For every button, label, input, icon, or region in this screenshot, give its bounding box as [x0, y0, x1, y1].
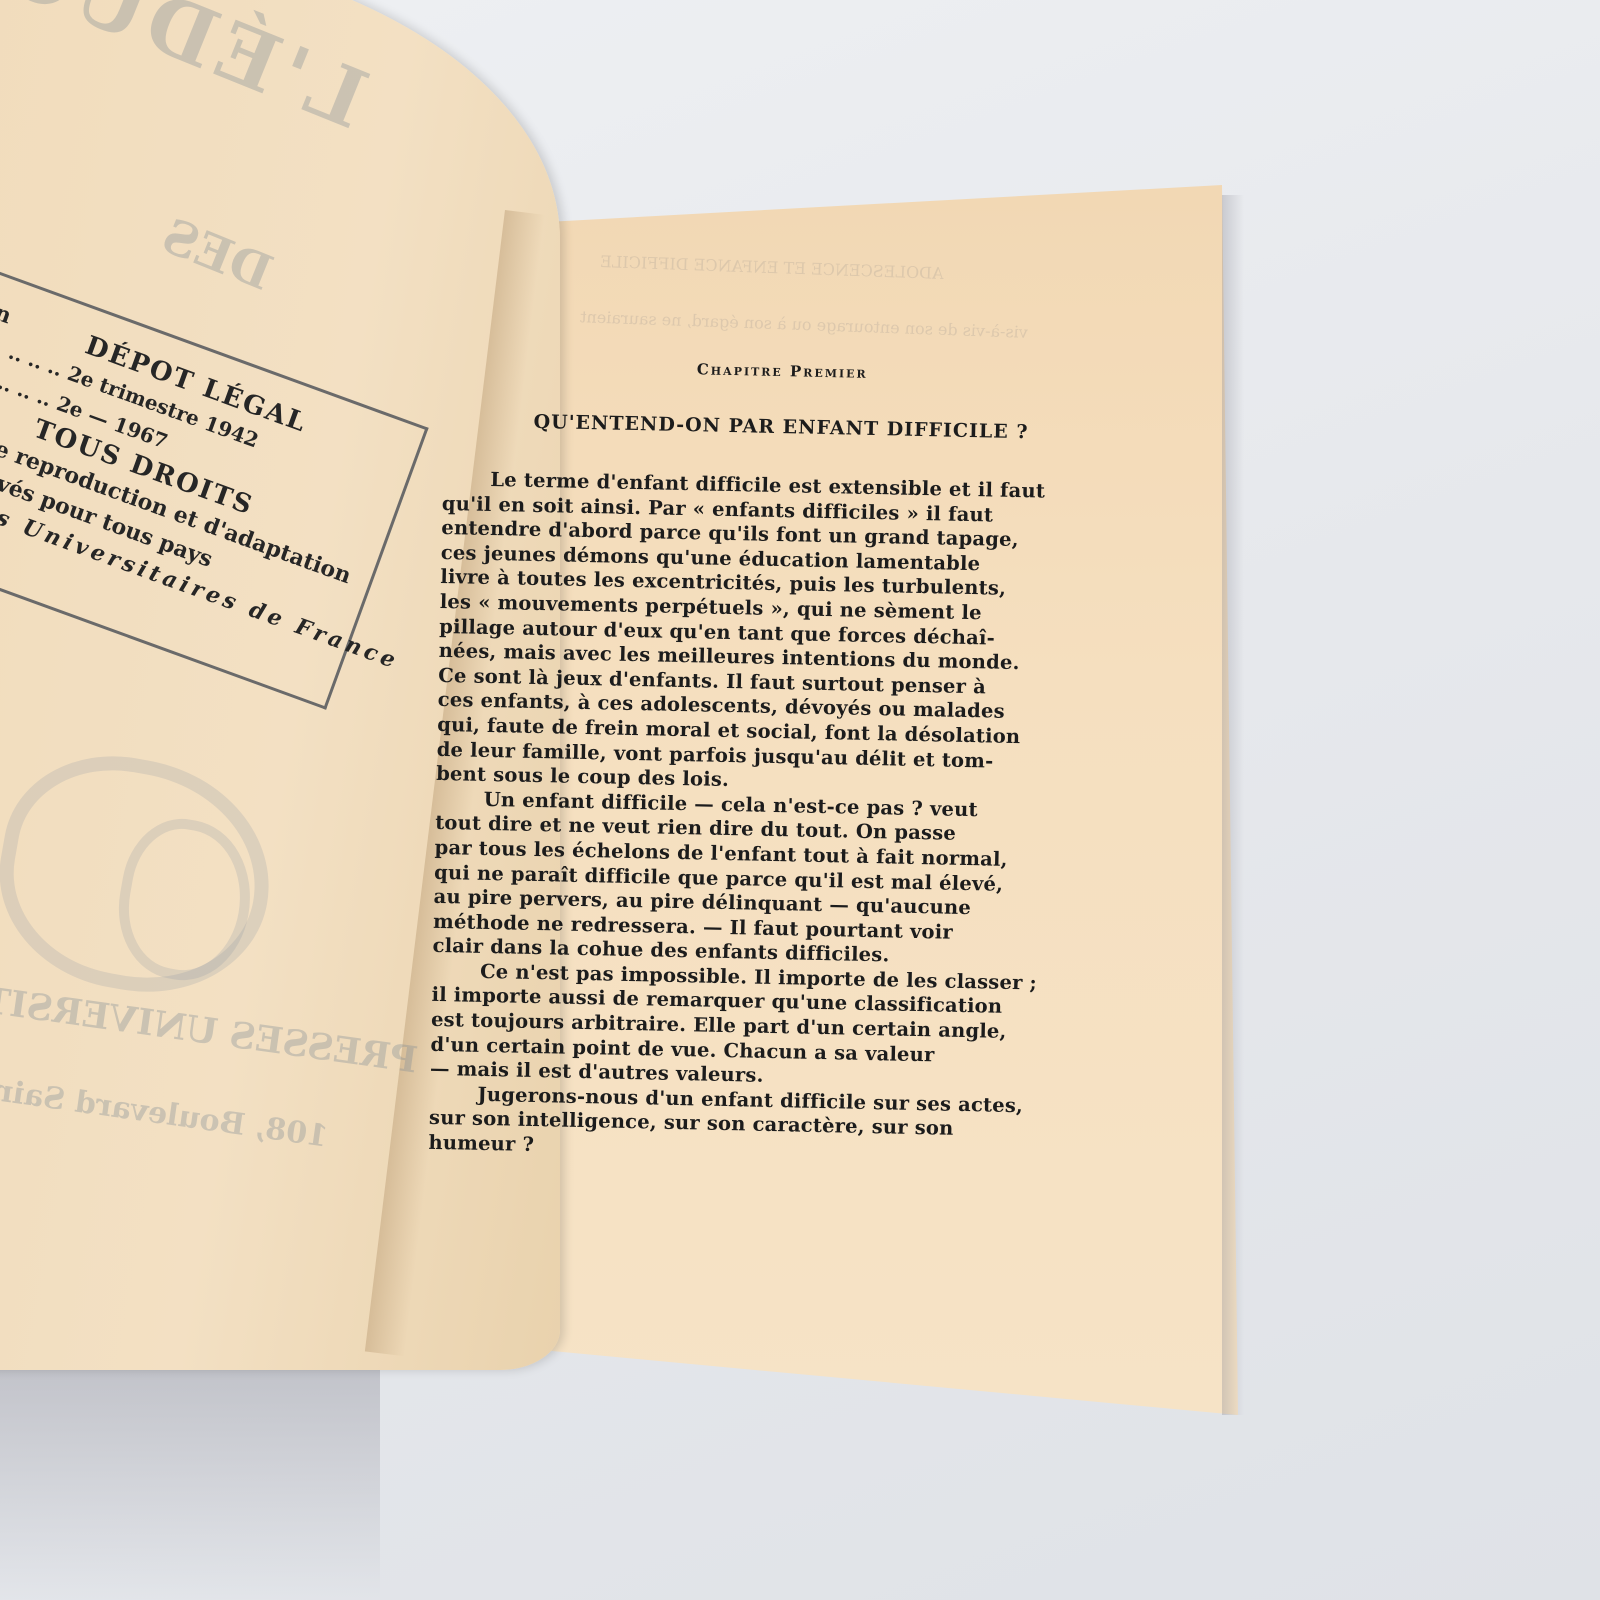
- paragraph-4: Jugerons-nous d'un enfant difficile sur …: [428, 1082, 1044, 1169]
- paragraph-3: Ce n'est pas impossible. Il importe de l…: [430, 959, 1047, 1095]
- paragraph-1: Le terme d'enfant difficile est extensib…: [436, 467, 1058, 800]
- left-page-shadow: [0, 1360, 380, 1600]
- chapter-title: QU'ENTEND-ON PAR ENFANT DIFFICILE ?: [503, 410, 1058, 444]
- chapter-text-block: Chapitre Premier QU'ENTEND-ON PAR ENFANT…: [428, 355, 1060, 1168]
- paragraph-2: Un enfant difficile — cela n'est-ce pas …: [432, 787, 1050, 972]
- right-page-shadow: [1222, 195, 1244, 1415]
- photo-scene: ADOLESCENCE ET ENFANCE DIFFICILE vis-à-v…: [0, 0, 1600, 1600]
